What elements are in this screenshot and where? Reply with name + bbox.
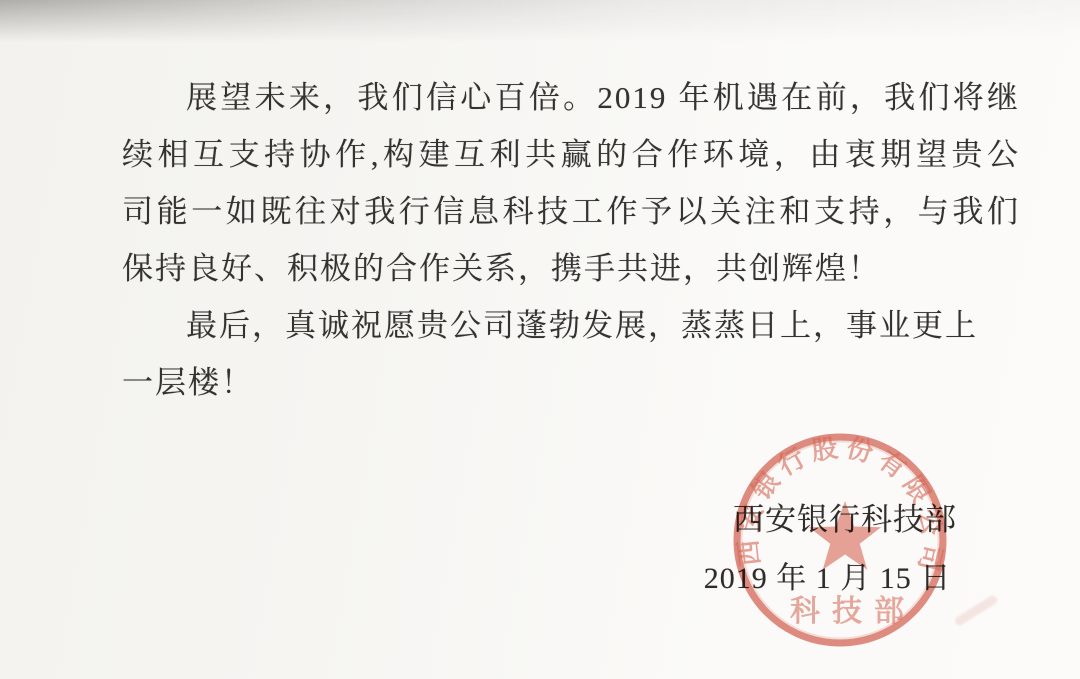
signature-date: 2019 年 1 月 15 日 bbox=[700, 561, 955, 597]
letter-line-2: 续相互支持协作,构建互利共赢的合作环境，由衷期望贵公 bbox=[122, 126, 1020, 183]
paper-top-shadow bbox=[0, 0, 1080, 42]
seal-ring-inner-ghost bbox=[741, 441, 939, 639]
letter-body: 展望未来，我们信心百倍。2019 年机遇在前，我们将继 续相互支持协作,构建互利… bbox=[122, 69, 1020, 411]
letter-line-1: 展望未来，我们信心百倍。2019 年机遇在前，我们将继 bbox=[122, 69, 1020, 126]
letter-line-4: 保持良好、积极的合作关系，携手共进，共创辉煌！ bbox=[122, 240, 1020, 297]
signature-department: 西安银行科技部 bbox=[715, 502, 975, 538]
seal-bottom-text: 科技部 bbox=[790, 594, 916, 628]
letter-line-5: 最后，真诚祝愿贵公司蓬勃发展，蒸蒸日上，事业更上 bbox=[122, 297, 1020, 354]
seal-ring bbox=[737, 437, 943, 643]
letter-line-6: 一层楼！ bbox=[122, 354, 1020, 411]
letter-line-3: 司能一如既往对我行信息科技工作予以关注和支持，与我们 bbox=[122, 183, 1020, 240]
official-seal-stamp: 西安银行股份有限公司 科技部 bbox=[725, 425, 955, 655]
ink-smudge bbox=[953, 594, 998, 627]
letter-page: 展望未来，我们信心百倍。2019 年机遇在前，我们将继 续相互支持协作,构建互利… bbox=[0, 0, 1080, 679]
